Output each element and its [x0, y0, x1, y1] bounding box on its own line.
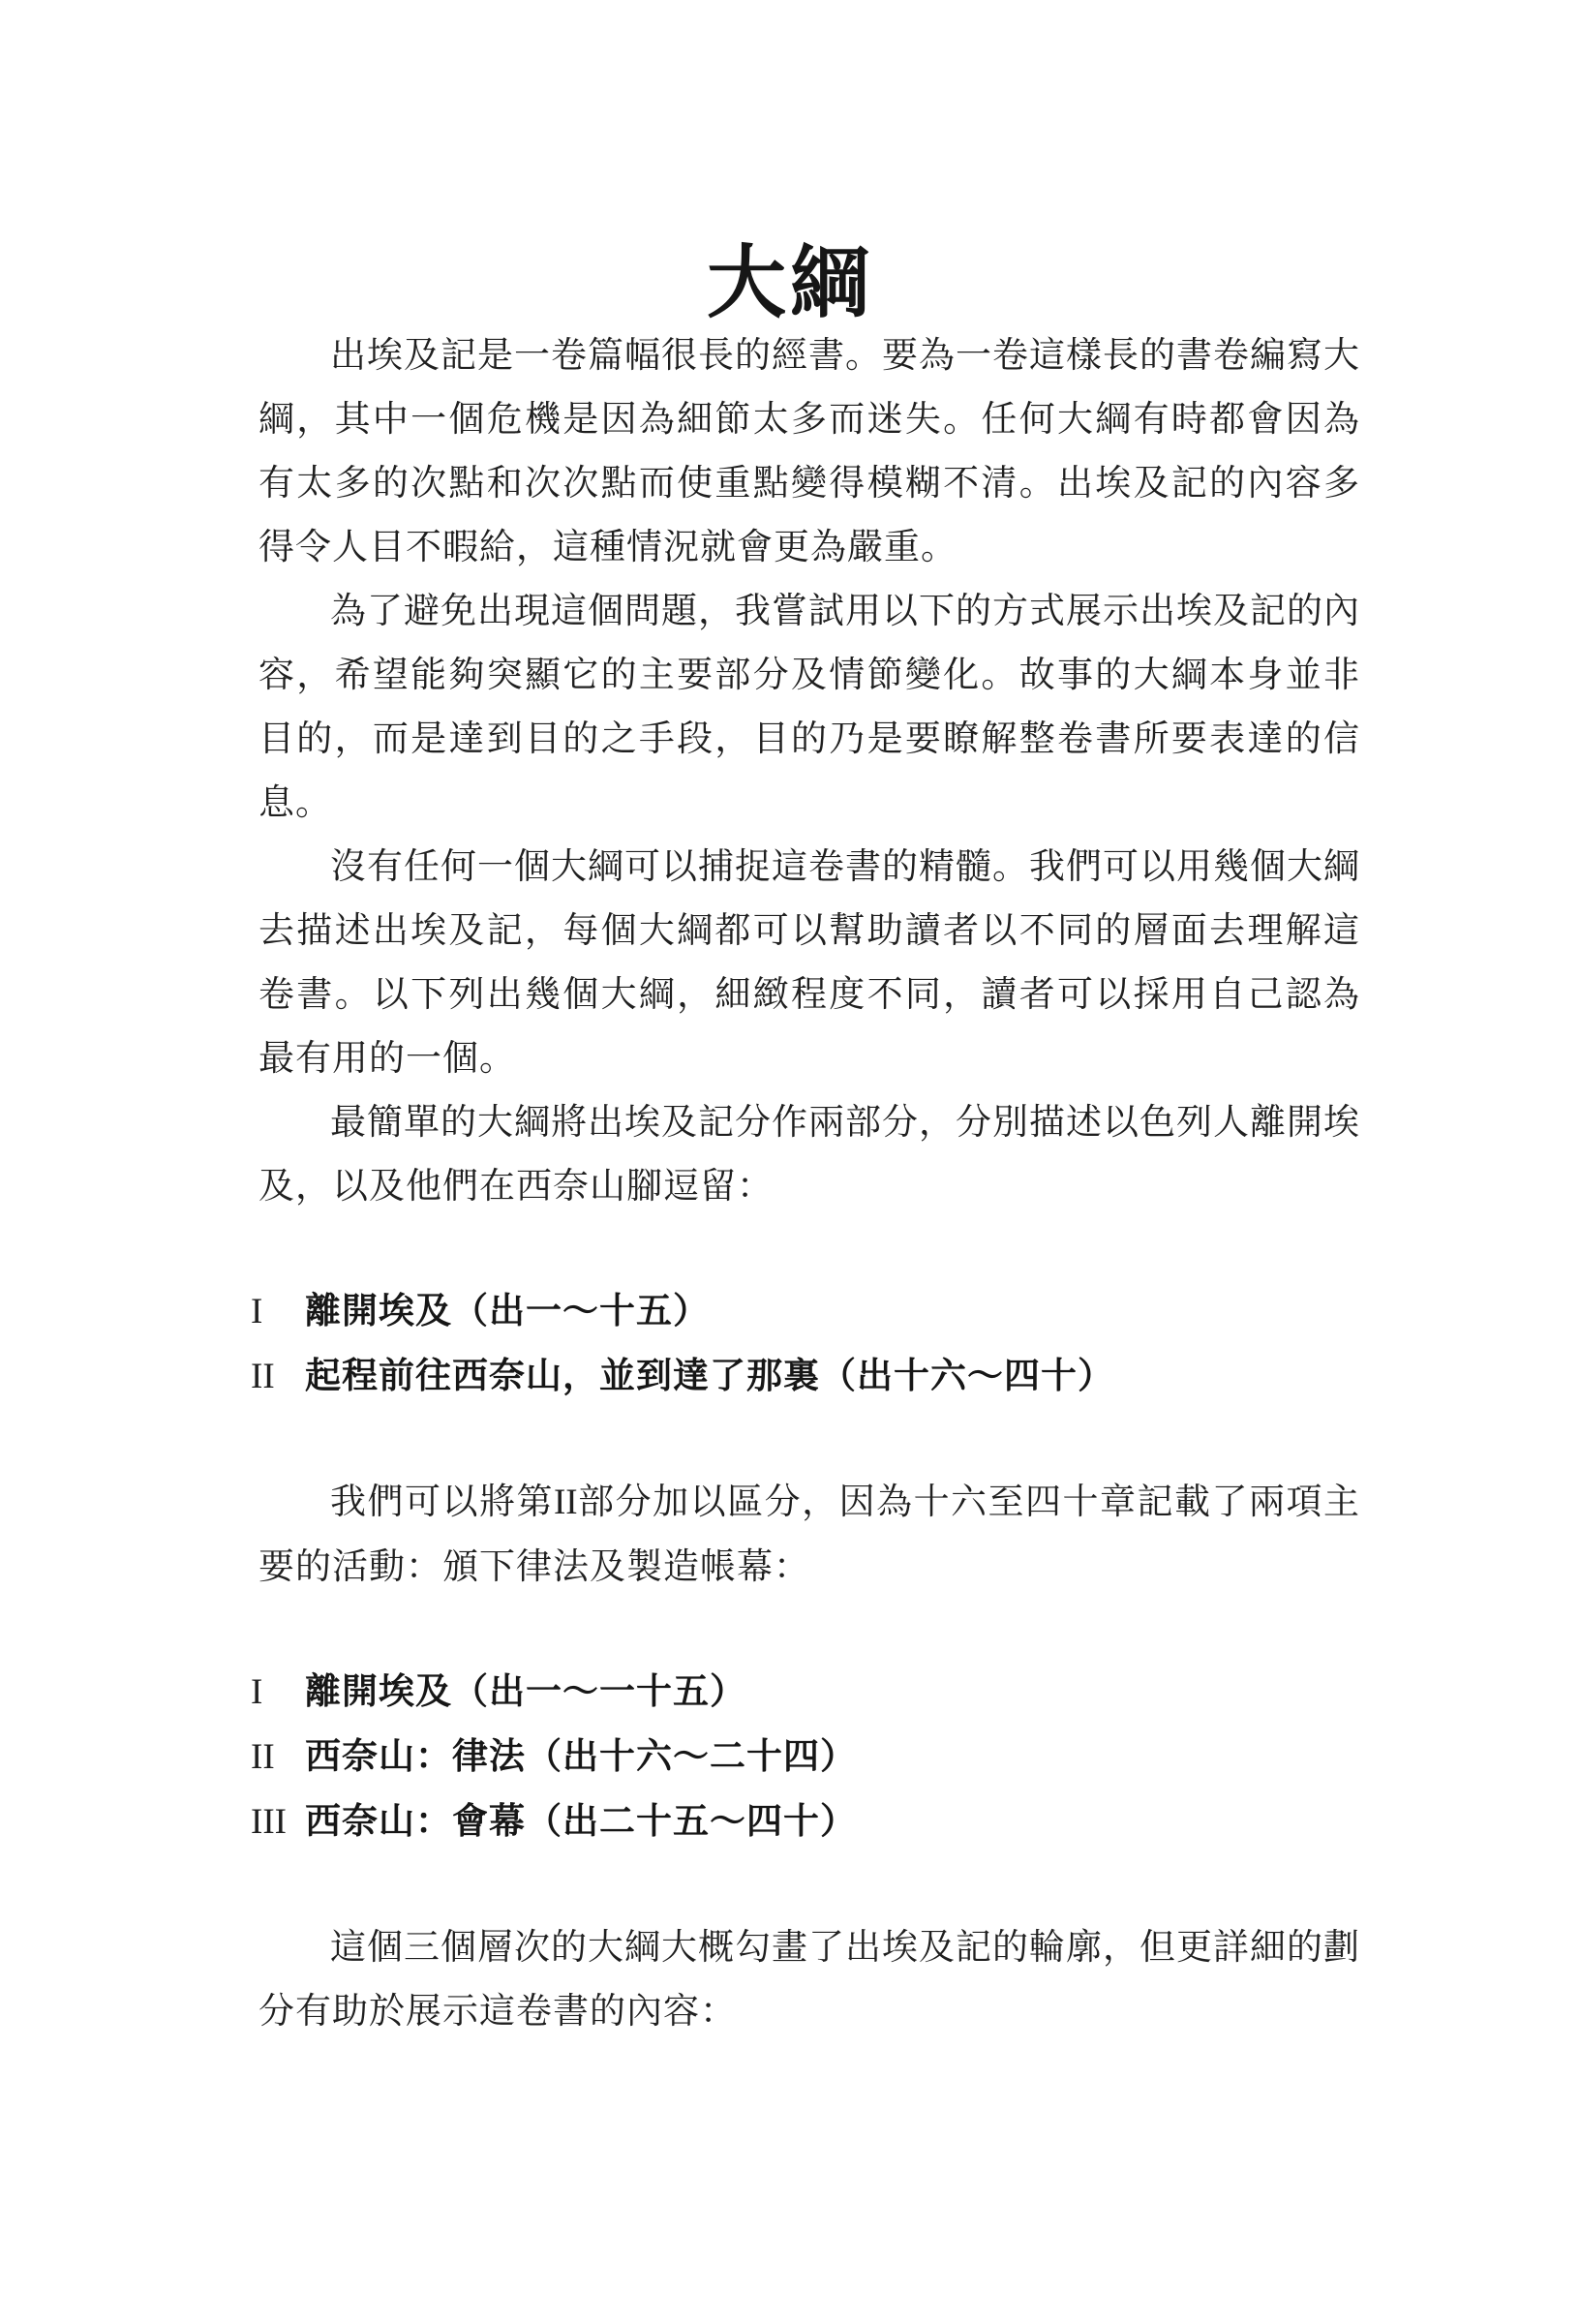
- document-page: 大綱 出埃及記是一卷篇幅很長的經書。要為一卷這樣長的書卷編寫大綱，其中一個危機是…: [0, 0, 1580, 2324]
- outline-three-part: I 離開埃及（出一～一十五） II 西奈山：律法（出十六～二十四） III 西奈…: [251, 1660, 1360, 1854]
- outline-numeral: I: [251, 1280, 305, 1344]
- outline-label: 起程前往西奈山，並到達了那裏（出十六～四十）: [305, 1344, 1114, 1408]
- outline-item: II 起程前往西奈山，並到達了那裏（出十六～四十）: [251, 1344, 1360, 1409]
- intro-paragraph-2: 為了避免出現這個問題，我嘗試用以下的方式展示出埃及記的內容，希望能夠突顯它的主要…: [258, 579, 1360, 835]
- middle-paragraph-roman-numeral: II: [554, 1483, 578, 1522]
- outline-label: 西奈山：會幕（出二十五～四十）: [305, 1789, 857, 1853]
- intro-paragraph-4: 最簡單的大綱將出埃及記分作兩部分，分別描述以色列人離開埃及，以及他們在西奈山腳逗…: [258, 1090, 1360, 1218]
- closing-paragraph: 這個三個層次的大綱大概勾畫了出埃及記的輪廓，但更詳細的劃分有助於展示這卷書的內容…: [258, 1915, 1360, 2043]
- intro-paragraph-1: 出埃及記是一卷篇幅很長的經書。要為一卷這樣長的書卷編寫大綱，其中一個危機是因為細…: [258, 323, 1360, 579]
- outline-numeral: III: [251, 1790, 305, 1854]
- outline-numeral: II: [251, 1726, 305, 1789]
- outline-item: II 西奈山：律法（出十六～二十四）: [251, 1725, 1360, 1789]
- outline-numeral: I: [251, 1661, 305, 1725]
- middle-paragraph-before-roman: 我們可以將第: [330, 1482, 554, 1521]
- outline-two-part: I 離開埃及（出一～十五） II 起程前往西奈山，並到達了那裏（出十六～四十）: [251, 1279, 1360, 1409]
- page-title: 大綱: [0, 0, 1580, 323]
- text-column: 出埃及記是一卷篇幅很長的經書。要為一卷這樣長的書卷編寫大綱，其中一個危機是因為細…: [258, 323, 1360, 2043]
- outline-item: I 離開埃及（出一～一十五）: [251, 1660, 1360, 1725]
- outline-label: 離開埃及（出一～一十五）: [305, 1660, 746, 1724]
- outline-label: 西奈山：律法（出十六～二十四）: [305, 1725, 857, 1789]
- outline-item: III 西奈山：會幕（出二十五～四十）: [251, 1789, 1360, 1854]
- outline-numeral: II: [251, 1345, 305, 1409]
- outline-item: I 離開埃及（出一～十五）: [251, 1279, 1360, 1344]
- intro-paragraph-3: 沒有任何一個大綱可以捕捉這卷書的精髓。我們可以用幾個大綱去描述出埃及記，每個大綱…: [258, 835, 1360, 1090]
- middle-paragraph: 我們可以將第II部分加以區分，因為十六至四十章記載了兩項主要的活動：頒下律法及製…: [258, 1470, 1360, 1599]
- outline-label: 離開埃及（出一～十五）: [305, 1279, 710, 1343]
